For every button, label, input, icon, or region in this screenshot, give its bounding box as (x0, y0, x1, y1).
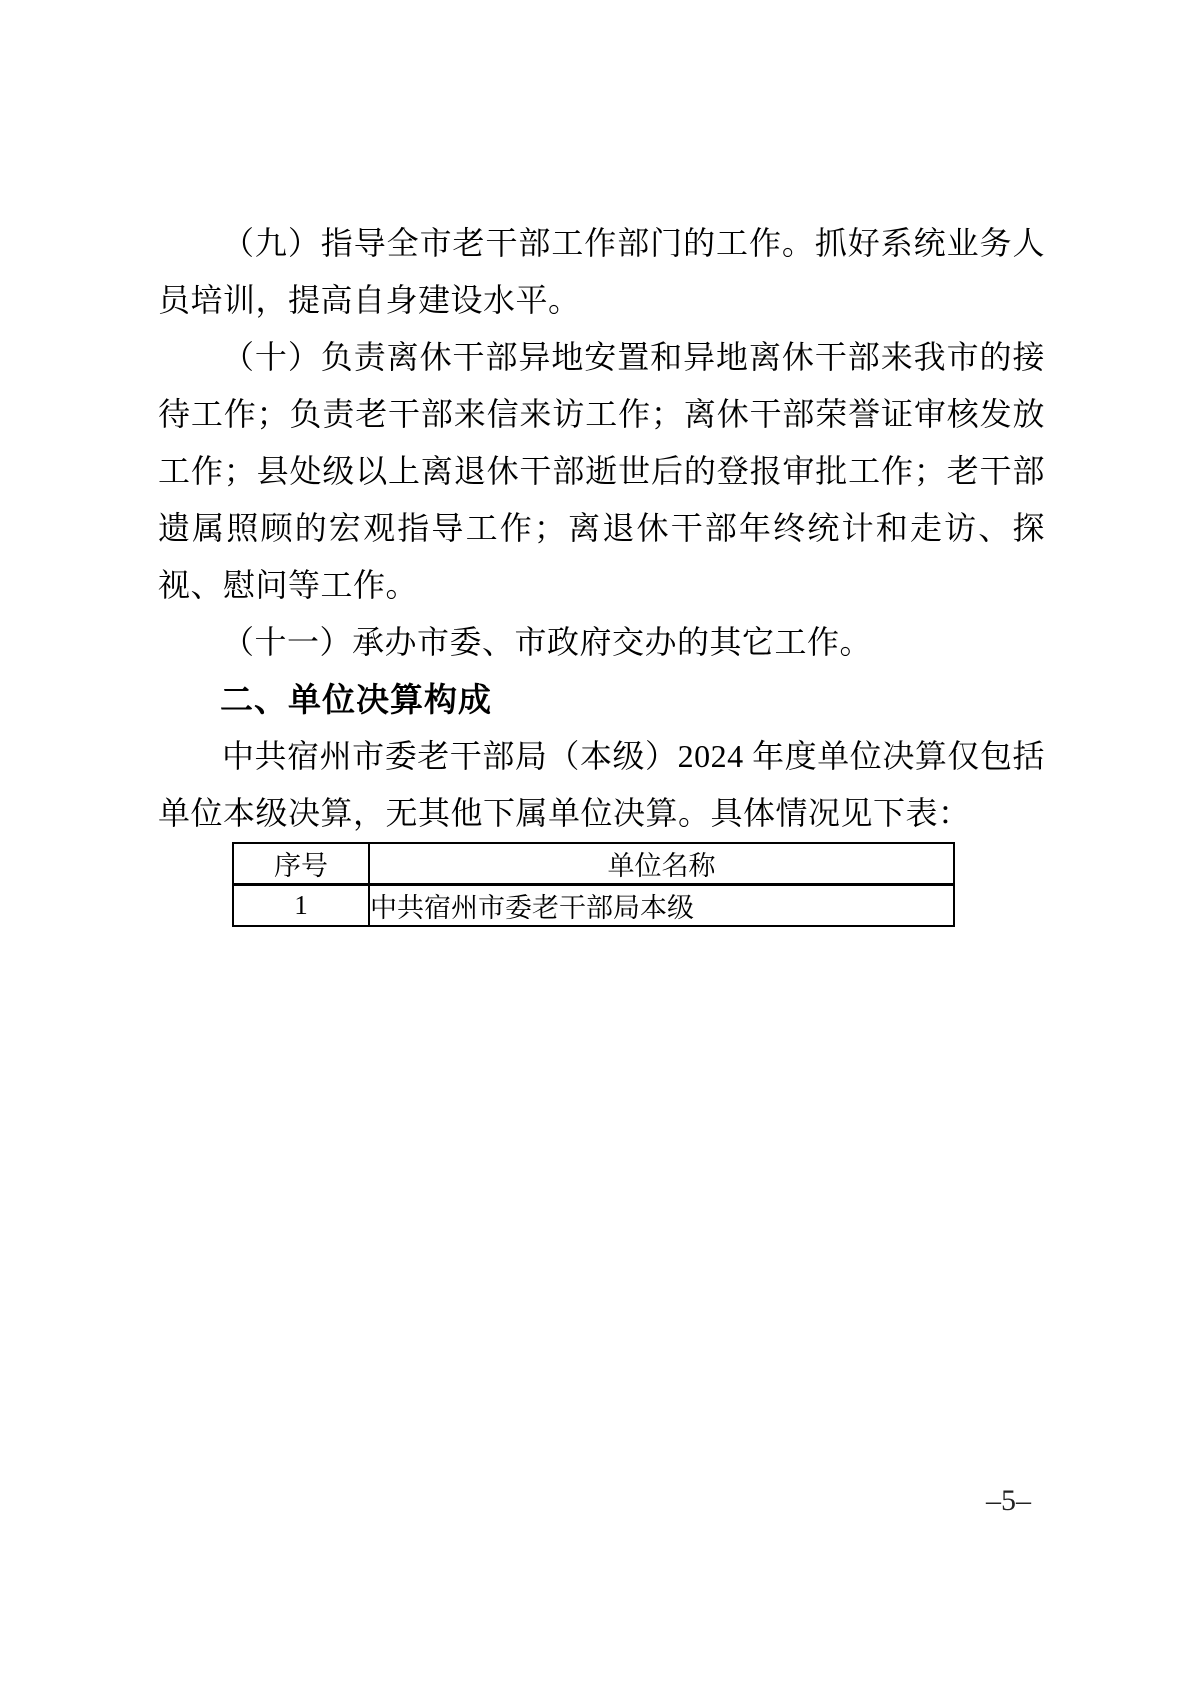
document-content: （九）指导全市老干部工作部门的工作。抓好系统业务人员培训，提高自身建设水平。 （… (158, 215, 1045, 927)
page-number: –5– (986, 1484, 1031, 1518)
table-header-row: 序号 单位名称 (233, 843, 954, 885)
table-header-index: 序号 (233, 843, 369, 885)
table-row: 1 中共宿州市委老干部局本级 (233, 885, 954, 927)
paragraph-unit-composition-intro: 中共宿州市委老干部局（本级）2024 年度单位决算仅包括单位本级决算，无其他下属… (158, 728, 1045, 842)
document-page: （九）指导全市老干部工作部门的工作。抓好系统业务人员培训，提高自身建设水平。 （… (0, 0, 1190, 1683)
paragraph-duty-11: （十一）承办市委、市政府交办的其它工作。 (158, 614, 1045, 671)
table-header-unit-name: 单位名称 (369, 843, 954, 885)
unit-composition-table: 序号 单位名称 1 中共宿州市委老干部局本级 (232, 842, 955, 927)
table-cell-index: 1 (233, 885, 369, 927)
table-cell-unit-name: 中共宿州市委老干部局本级 (369, 885, 954, 927)
section-heading-unit-composition: 二、单位决算构成 (158, 671, 1045, 728)
paragraph-duty-10: （十）负责离休干部异地安置和异地离休干部来我市的接待工作；负责老干部来信来访工作… (158, 329, 1045, 614)
paragraph-duty-9: （九）指导全市老干部工作部门的工作。抓好系统业务人员培训，提高自身建设水平。 (158, 215, 1045, 329)
